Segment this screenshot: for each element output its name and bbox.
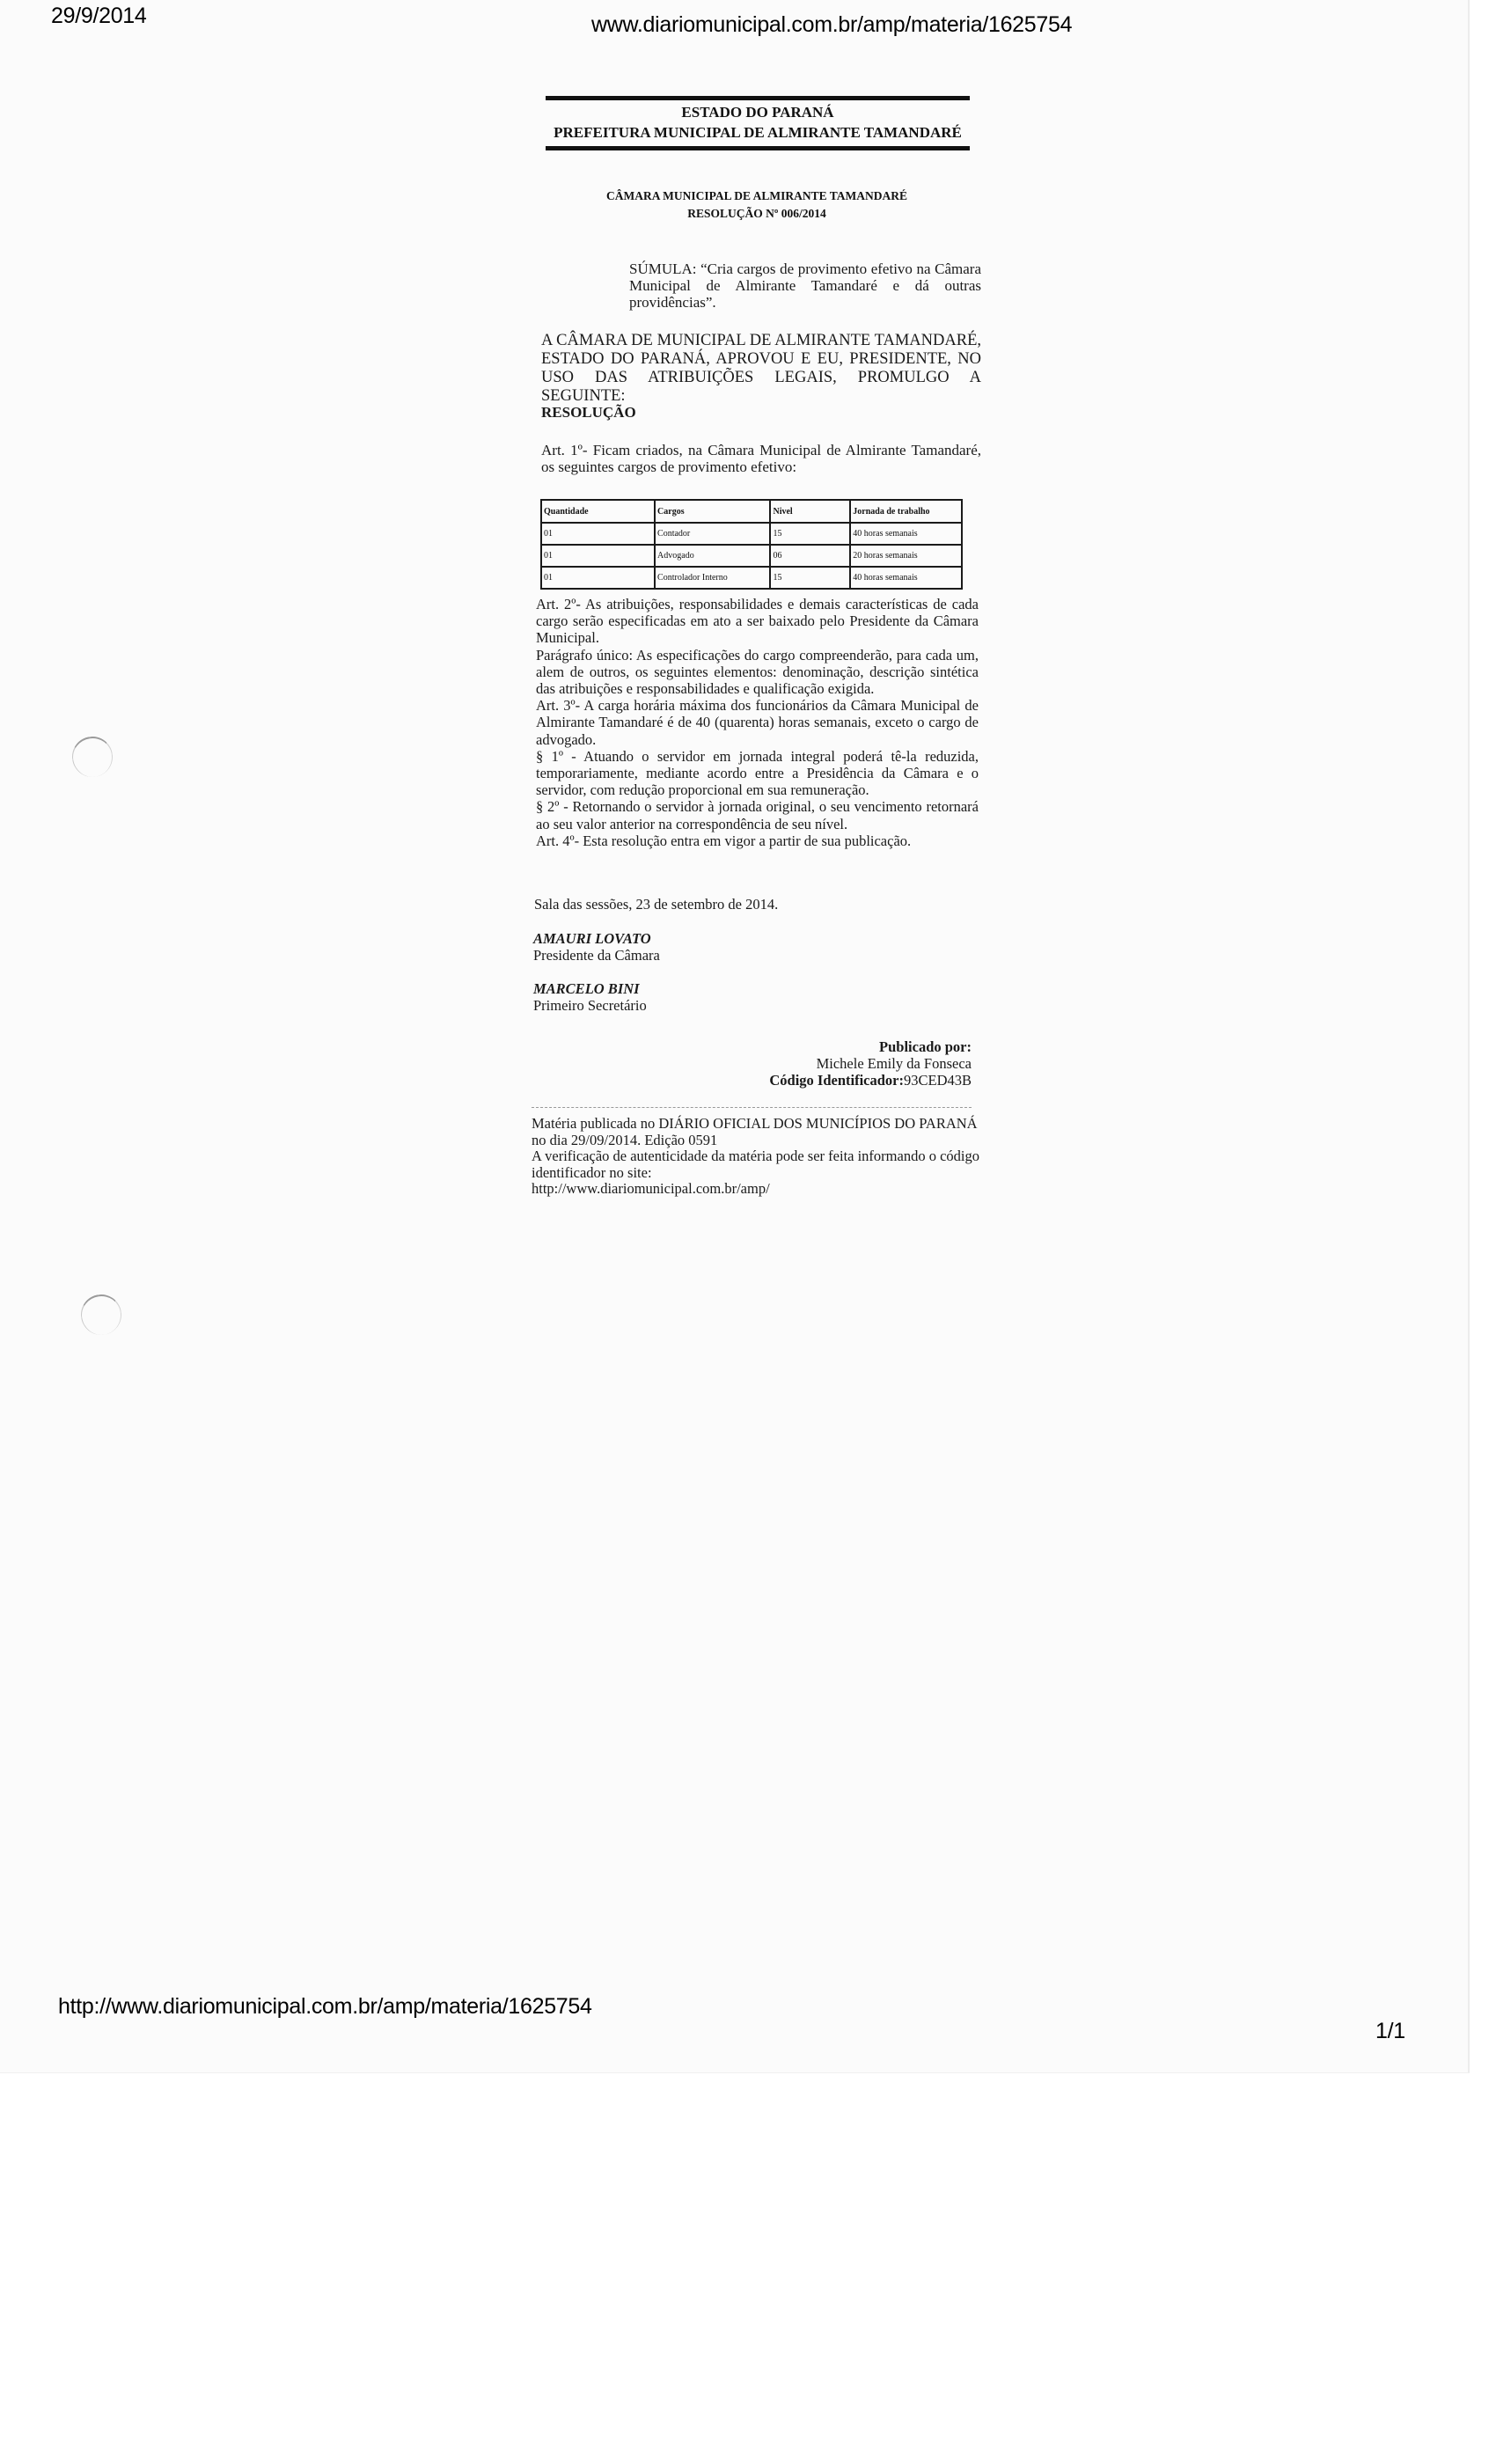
published-by-label: Publicado por:: [651, 1038, 972, 1055]
letterhead-prefecture: PREFEITURA MUNICIPAL DE ALMIRANTE TAMAND…: [546, 122, 970, 143]
cell-cargo: Controlador Interno: [655, 567, 770, 589]
publication-note: Matéria publicada no DIÁRIO OFICIAL DOS …: [532, 1116, 989, 1198]
signer-role: Presidente da Câmara: [533, 947, 660, 964]
publisher-name: Michele Emily da Fonseca: [651, 1055, 972, 1072]
article-2: Art. 2º- As atribuições, responsabilidad…: [536, 596, 979, 647]
table-row: 01 Advogado 06 20 horas semanais: [541, 545, 962, 567]
signer-name: MARCELO BINI: [533, 980, 647, 997]
paragraph-2: § 2º - Retornando o servidor à jornada o…: [536, 798, 979, 832]
code-label: Código Identificador:: [769, 1072, 904, 1089]
cell-cargo: Contador: [655, 523, 770, 545]
cell-jornada: 20 horas semanais: [850, 545, 962, 567]
identifier-code: 93CED43B: [904, 1072, 972, 1089]
article-4: Art. 4º- Esta resolução entra em vigor a…: [536, 832, 979, 849]
cell-quantidade: 01: [541, 523, 655, 545]
print-url: www.diariomunicipal.com.br/amp/materia/1…: [591, 12, 1072, 38]
sumula: SÚMULA: “Cria cargos de provimento efeti…: [629, 260, 981, 311]
letterhead-top-rule: [546, 96, 970, 100]
signer-role: Primeiro Secretário: [533, 997, 647, 1014]
table-row: 01 Controlador Interno 15 40 horas seman…: [541, 567, 962, 589]
cell-jornada: 40 horas semanais: [850, 523, 962, 545]
article-1: Art. 1º- Ficam criados, na Câmara Munici…: [541, 442, 981, 475]
col-nivel: Nivel: [770, 500, 850, 523]
letterhead: ESTADO DO PARANÁ PREFEITURA MUNICIPAL DE…: [546, 102, 970, 143]
document-title: CÂMARA MUNICIPAL DE ALMIRANTE TAMANDARÉ …: [528, 187, 986, 223]
resolution-number: RESOLUÇÃO Nº 006/2014: [528, 205, 986, 223]
signer-name: AMAURI LOVATO: [533, 930, 660, 947]
print-footer-url: http://www.diariomunicipal.com.br/amp/ma…: [58, 1994, 592, 2020]
paragraph-1: § 1º - Atuando o servidor em jornada int…: [536, 748, 979, 799]
page-number: 1/1: [1375, 2019, 1405, 2044]
positions-table: Quantidade Cargos Nivel Jornada de traba…: [540, 499, 963, 590]
issuer: CÂMARA MUNICIPAL DE ALMIRANTE TAMANDARÉ: [528, 187, 986, 205]
preamble: A CÂMARA DE MUNICIPAL DE ALMIRANTE TAMAN…: [541, 332, 981, 406]
cell-cargo: Advogado: [655, 545, 770, 567]
article-3: Art. 3º- A carga horária máxima dos func…: [536, 697, 979, 748]
letterhead-state: ESTADO DO PARANÁ: [546, 102, 970, 122]
cell-quantidade: 01: [541, 545, 655, 567]
verification-site-link[interactable]: http://www.diariomunicipal.com.br/amp/: [532, 1181, 989, 1198]
cell-nivel: 15: [770, 523, 850, 545]
table-header-row: Quantidade Cargos Nivel Jornada de traba…: [541, 500, 962, 523]
print-date: 29/9/2014: [51, 4, 147, 29]
col-quantidade: Quantidade: [541, 500, 655, 523]
session-date: Sala das sessões, 23 de setembro de 2014…: [534, 896, 778, 913]
cell-nivel: 06: [770, 545, 850, 567]
cell-quantidade: 01: [541, 567, 655, 589]
scanned-page: [0, 0, 1470, 2073]
letterhead-bottom-rule: [546, 146, 970, 150]
signature-president: AMAURI LOVATO Presidente da Câmara: [533, 930, 660, 964]
signature-secretary: MARCELO BINI Primeiro Secretário: [533, 980, 647, 1014]
separator: [532, 1107, 972, 1108]
verification-note: A verificação de autenticidade da matéri…: [532, 1148, 989, 1181]
cell-jornada: 40 horas semanais: [850, 567, 962, 589]
articles-body: Art. 2º- As atribuições, responsabilidad…: [536, 596, 979, 849]
cell-nivel: 15: [770, 567, 850, 589]
section-heading: RESOLUÇÃO: [541, 404, 636, 422]
col-jornada: Jornada de trabalho: [850, 500, 962, 523]
col-cargos: Cargos: [655, 500, 770, 523]
publication-info: Publicado por: Michele Emily da Fonseca …: [651, 1038, 972, 1089]
publication-edition: Matéria publicada no DIÁRIO OFICIAL DOS …: [532, 1116, 989, 1148]
paragrafo-unico: Parágrafo único: As especificações do ca…: [536, 647, 979, 698]
table-row: 01 Contador 15 40 horas semanais: [541, 523, 962, 545]
